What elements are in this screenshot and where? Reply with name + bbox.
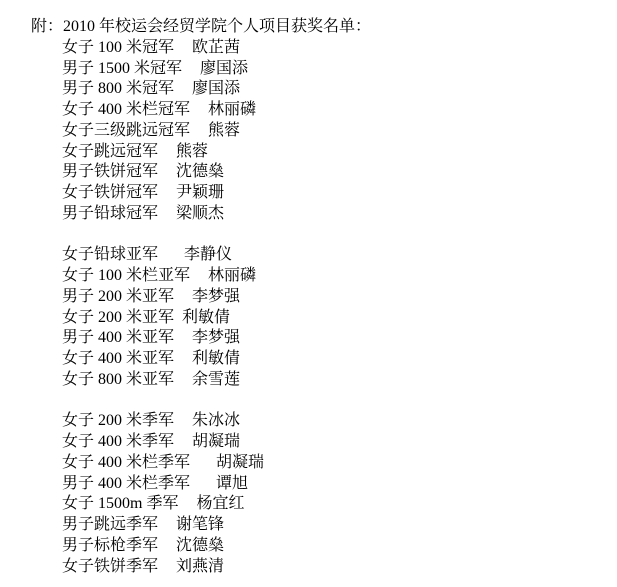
winner-name: 朱冰冰 xyxy=(192,410,240,431)
award-row: 女子铅球亚军李静仪 xyxy=(62,244,232,265)
event-label: 女子铅球亚军 xyxy=(62,244,158,265)
award-row: 女子 800 米亚军余雪莲 xyxy=(62,369,240,390)
winner-name: 林丽磷 xyxy=(208,265,256,286)
winner-name: 尹颖珊 xyxy=(176,182,224,203)
winner-name: 林丽磷 xyxy=(208,99,256,120)
winner-name: 沈德燊 xyxy=(176,161,224,182)
winner-name: 熊蓉 xyxy=(176,141,208,162)
award-row: 男子铅球冠军梁顺杰 xyxy=(62,203,224,224)
winner-name: 李梦强 xyxy=(192,327,240,348)
winner-name: 杨宜红 xyxy=(196,493,244,514)
winner-name: 谢笔锋 xyxy=(176,514,224,535)
award-row: 男子 400 米栏季军谭旭 xyxy=(62,473,248,494)
award-row: 女子铁饼冠军尹颖珊 xyxy=(62,182,224,203)
event-label: 女子 400 米亚军 xyxy=(62,348,174,369)
winner-name: 熊蓉 xyxy=(208,120,240,141)
award-row: 男子 800 米冠军廖国添 xyxy=(62,78,240,99)
event-label: 女子 800 米亚军 xyxy=(62,369,174,390)
award-row: 女子 400 米亚军利敏倩 xyxy=(62,348,240,369)
event-label: 男子 800 米冠军 xyxy=(62,78,174,99)
winner-name: 利敏倩 xyxy=(192,348,240,369)
award-row: 男子 200 米亚军李梦强 xyxy=(62,286,240,307)
award-row: 男子铁饼冠军沈德燊 xyxy=(62,161,224,182)
award-row: 女子铁饼季军刘燕清 xyxy=(62,556,224,577)
award-row: 男子跳远季军谢笔锋 xyxy=(62,514,224,535)
award-row: 女子 400 米季军胡凝瑞 xyxy=(62,431,240,452)
award-row: 男子 400 米亚军李梦强 xyxy=(62,327,240,348)
event-label: 女子 400 米季军 xyxy=(62,431,174,452)
event-label: 女子 200 米季军 xyxy=(62,410,174,431)
award-row: 女子三级跳远冠军熊蓉 xyxy=(62,120,240,141)
event-label: 女子铁饼季军 xyxy=(62,556,158,577)
winner-name: 廖国添 xyxy=(200,58,248,79)
document-title: 附：2010 年校运会经贸学院个人项目获奖名单： xyxy=(31,16,371,37)
event-label: 女子 200 米亚军 xyxy=(62,307,174,328)
event-label: 男子铁饼冠军 xyxy=(62,161,158,182)
award-row: 女子跳远冠军熊蓉 xyxy=(62,141,208,162)
award-row: 女子 200 米亚军利敏倩 xyxy=(62,307,230,328)
event-label: 女子 100 米冠军 xyxy=(62,37,174,58)
winner-name: 欧芷茜 xyxy=(192,37,240,58)
event-label: 女子三级跳远冠军 xyxy=(62,120,190,141)
winner-name: 李梦强 xyxy=(192,286,240,307)
award-row: 女子 400 米栏季军胡凝瑞 xyxy=(62,452,264,473)
event-label: 女子 400 米栏冠军 xyxy=(62,99,190,120)
winner-name: 胡凝瑞 xyxy=(192,431,240,452)
winner-name: 沈德燊 xyxy=(176,535,224,556)
award-row: 女子 100 米冠军欧芷茜 xyxy=(62,37,240,58)
winner-name: 廖国添 xyxy=(192,78,240,99)
award-row: 女子 100 米栏亚军林丽磷 xyxy=(62,265,256,286)
winner-name: 刘燕清 xyxy=(176,556,224,577)
event-label: 女子 400 米栏季军 xyxy=(62,452,190,473)
award-row: 男子标枪季军沈德燊 xyxy=(62,535,224,556)
event-label: 男子 200 米亚军 xyxy=(62,286,174,307)
winner-name: 余雪莲 xyxy=(192,369,240,390)
winner-name: 梁顺杰 xyxy=(176,203,224,224)
event-label: 女子铁饼冠军 xyxy=(62,182,158,203)
event-label: 女子 1500m 季军 xyxy=(62,493,178,514)
event-label: 女子 100 米栏亚军 xyxy=(62,265,190,286)
winner-name: 胡凝瑞 xyxy=(216,452,264,473)
event-label: 男子跳远季军 xyxy=(62,514,158,535)
award-row: 女子 200 米季军朱冰冰 xyxy=(62,410,240,431)
event-label: 男子铅球冠军 xyxy=(62,203,158,224)
event-label: 男子 400 米亚军 xyxy=(62,327,174,348)
winner-name: 谭旭 xyxy=(216,473,248,494)
award-row: 男子 1500 米冠军廖国添 xyxy=(62,58,248,79)
event-label: 男子 400 米栏季军 xyxy=(62,473,190,494)
award-row: 女子 400 米栏冠军林丽磷 xyxy=(62,99,256,120)
winner-name: 利敏倩 xyxy=(182,307,230,328)
winner-name: 李静仪 xyxy=(184,244,232,265)
event-label: 男子 1500 米冠军 xyxy=(62,58,182,79)
award-row: 女子 1500m 季军杨宜红 xyxy=(62,493,244,514)
event-label: 女子跳远冠军 xyxy=(62,141,158,162)
event-label: 男子标枪季军 xyxy=(62,535,158,556)
